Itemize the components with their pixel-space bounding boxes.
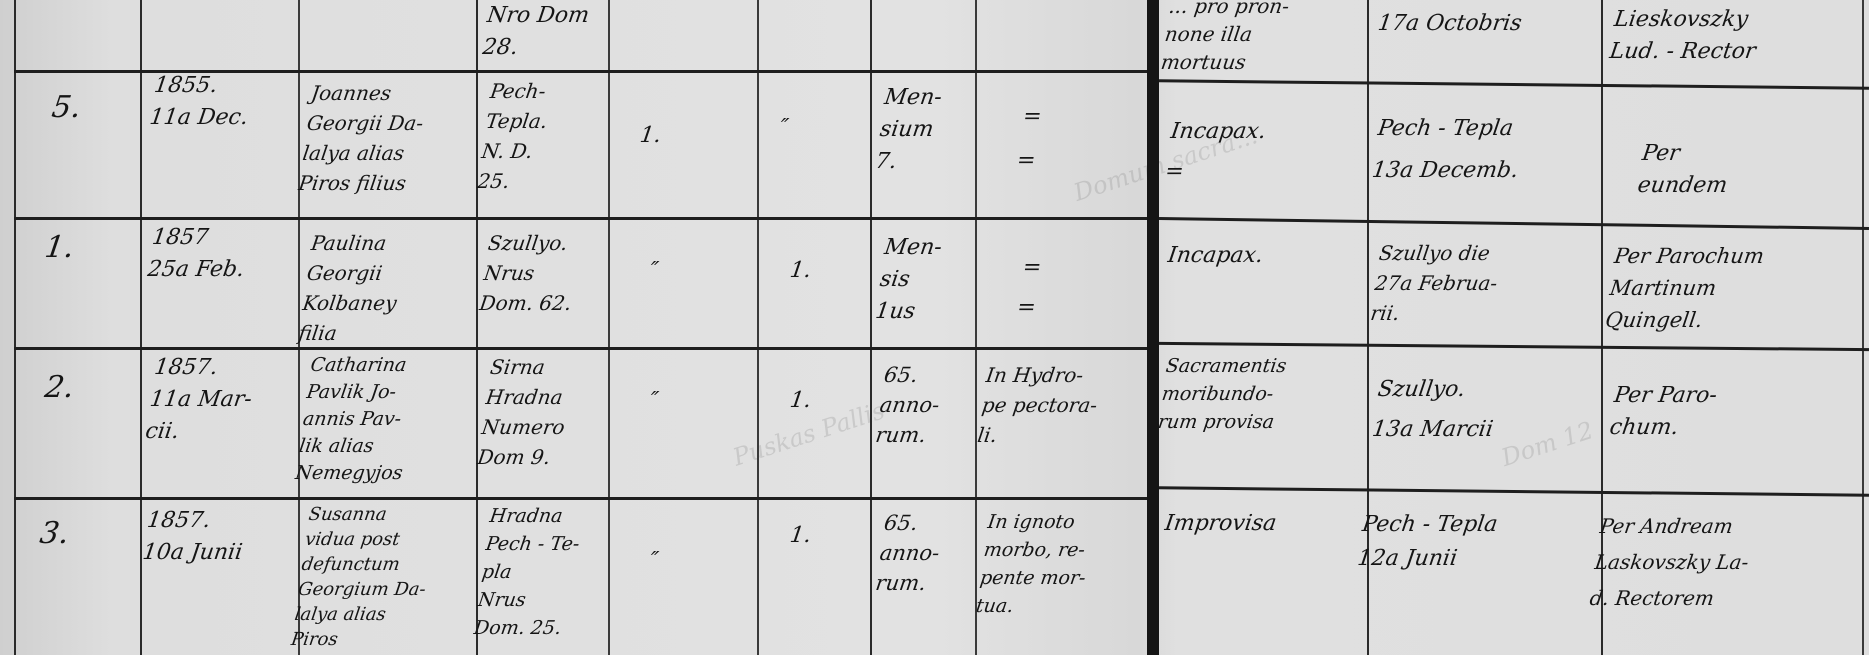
burial-cell: 17a Octobris — [1376, 8, 1524, 40]
entry-cause: In ignoto morbo, re- pente mor- tua. — [974, 508, 1095, 620]
column-rule — [757, 0, 759, 655]
entry-cause: = = — [1014, 248, 1044, 328]
row-rule — [14, 347, 1147, 350]
column-rule — [975, 0, 977, 655]
column-rule — [608, 0, 610, 655]
entry-number: 2. — [43, 372, 76, 404]
entry-cause: = = — [1014, 95, 1045, 183]
entry-number: 3. — [38, 518, 71, 550]
entry-burial: Pech - Tepla 12a Junii — [1355, 508, 1500, 576]
column-rule — [14, 0, 16, 655]
row-rule — [1159, 342, 1869, 351]
entry-number: 5. — [50, 92, 83, 124]
entry-name: Catharina Pavlik Jo- annis Pav- lik alia… — [294, 352, 420, 487]
officiant-cell: Lieskovszky Lud. - Rector — [1608, 4, 1763, 68]
entry-date: 1857. 11a Mar- cii. — [143, 352, 258, 448]
entry-residence: Pech- Tepla. N. D. 25. — [476, 76, 554, 196]
entry-col6: ″ — [778, 112, 791, 144]
entry-sacraments: Improvisa — [1163, 508, 1279, 540]
entry-col6: 1. — [788, 385, 813, 417]
entry-col6: 1. — [788, 520, 813, 552]
entry-col5: 1. — [638, 120, 663, 152]
column-rule — [476, 0, 478, 655]
entry-cause: In Hydro- pe pectora- li. — [976, 360, 1104, 450]
row-rule — [1159, 486, 1869, 496]
entry-number: 1. — [43, 232, 76, 264]
entry-officiant: Per Andream Laskovszky La- d. Rectorem — [1587, 508, 1756, 616]
entry-date: 1857. 10a Junii — [141, 505, 249, 569]
entry-col5: ″ — [648, 255, 661, 287]
row-rule — [1159, 217, 1869, 230]
row-rule — [14, 497, 1147, 500]
entry-officiant: Per Parochum Martinum Quingell. — [1603, 240, 1766, 336]
register-page: Domum sacra... Puskas Pallis Dom 12 Nro … — [0, 0, 1869, 655]
page-gutter — [1147, 0, 1159, 655]
entry-sacraments: Incapax. = — [1162, 112, 1268, 192]
entry-date: 1857 25a Feb. — [146, 222, 251, 286]
entry-burial: Pech - Tepla 13a Decemb. — [1369, 108, 1527, 192]
entry-burial: Szullyo die 27a Februa- rii. — [1369, 238, 1504, 328]
bleed-through-text: Dom 12 — [1498, 416, 1597, 472]
row-rule — [1159, 79, 1869, 89]
entry-age: 65. anno- rum. — [874, 508, 946, 598]
entry-col5: ″ — [648, 385, 661, 417]
column-rule — [1862, 0, 1864, 655]
entry-sacraments: Sacramentis moribundo- rum provisa — [1156, 352, 1288, 436]
entry-burial: Szullyo. 13a Marcii — [1369, 370, 1501, 450]
entry-residence: Hradna Pech - Te- pla Nrus Dom. 25. — [472, 502, 585, 642]
column-rule — [870, 0, 872, 655]
entry-officiant: Per eundem — [1636, 138, 1734, 202]
entry-date: 1855. 11a Dec. — [148, 70, 255, 134]
sacraments-cell: ... pro pron- none illa mortuus — [1159, 0, 1291, 76]
residence-cell: Nro Dom 28. — [481, 0, 592, 64]
entry-age: Men- sis 1us — [873, 232, 944, 328]
entry-residence: Sirna Hradna Numero Dom 9. — [476, 352, 576, 472]
row-rule — [14, 217, 1147, 220]
entry-name: Paulina Georgii Kolbaney filia — [297, 228, 407, 348]
entry-age: 65. anno- rum. — [874, 360, 946, 450]
entry-age: Men- sium 7. — [873, 82, 944, 178]
entry-name: Joannes Georgii Da- lalya alias Piros fi… — [297, 78, 430, 198]
entry-col5: ″ — [648, 545, 661, 577]
entry-residence: Szullyo. Nrus Dom. 62. — [478, 228, 582, 318]
entry-col6: 1. — [788, 255, 813, 287]
entry-name: Susanna vidua post defunctum Georgium Da… — [289, 502, 437, 652]
entry-sacraments: Incapax. — [1166, 240, 1265, 272]
entry-officiant: Per Paro- chum. — [1608, 380, 1719, 444]
